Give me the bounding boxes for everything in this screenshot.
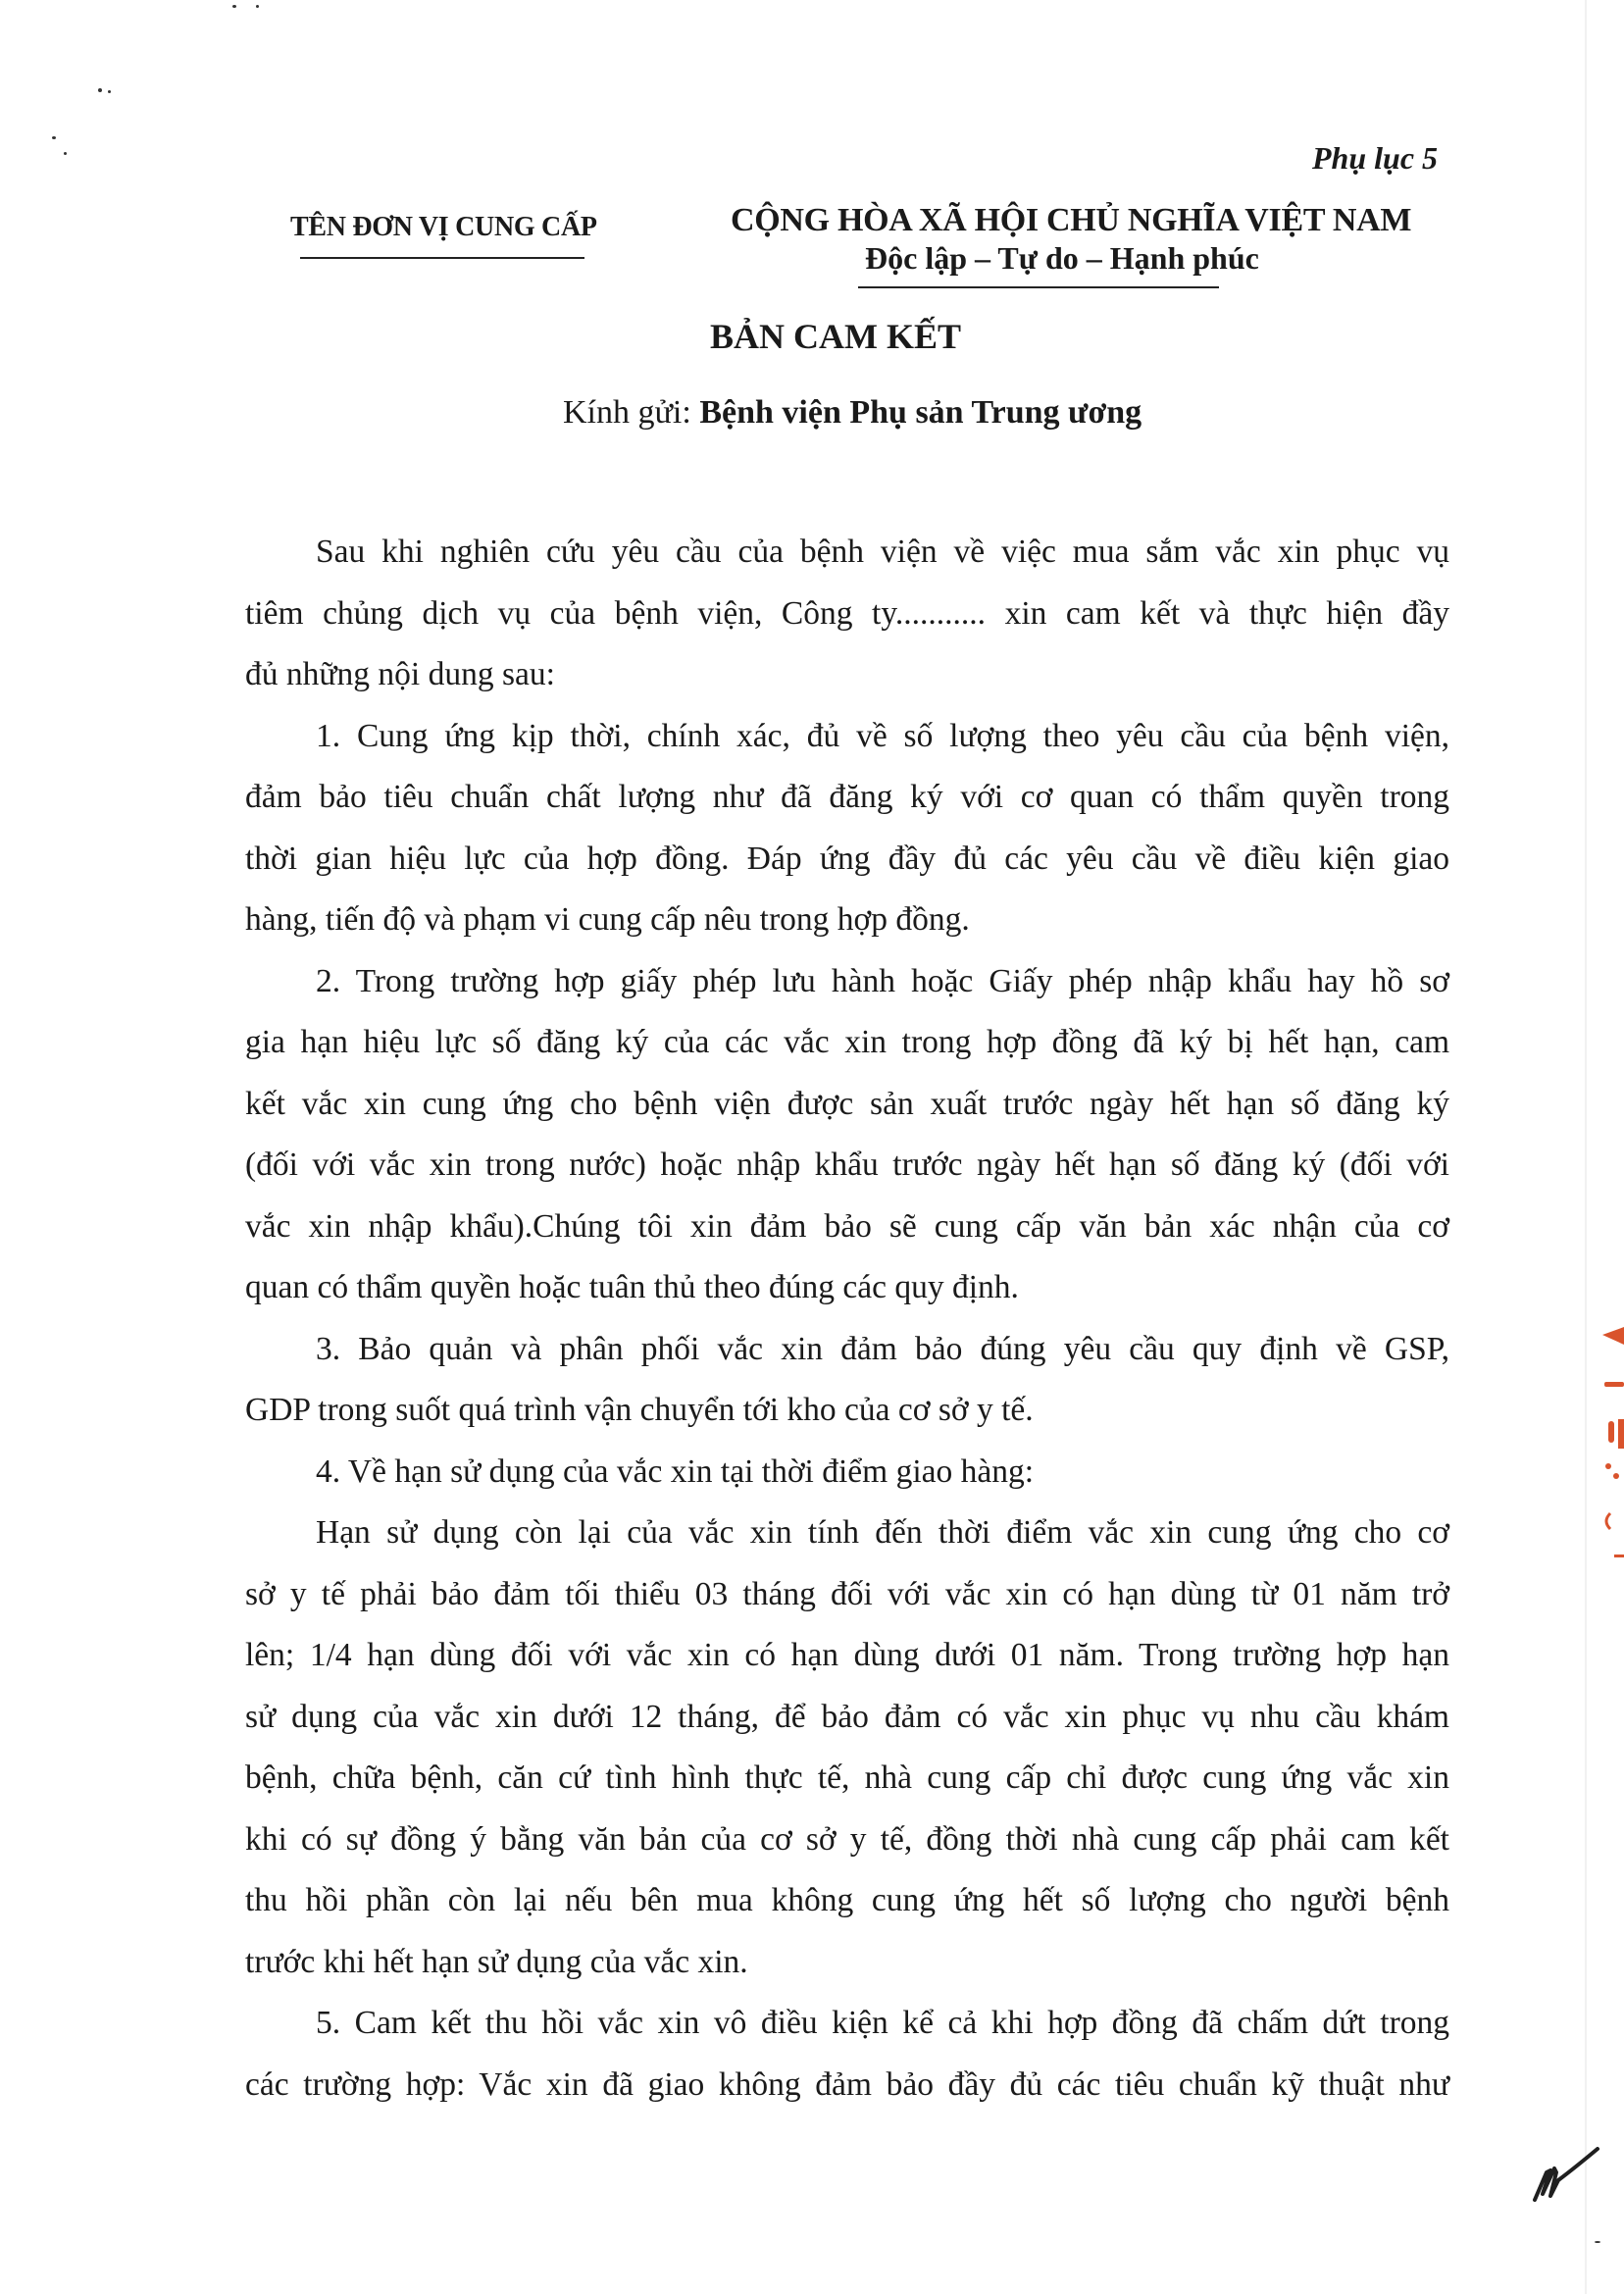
scan-speck [52,136,56,139]
body-line: bệnh, chữa bệnh, căn cứ tình hình thực t… [245,1748,1449,1810]
body-line: thu hồi phần còn lại nếu bên mua không c… [245,1870,1449,1932]
scan-speck [256,5,259,8]
body-line: trước khi hết hạn sử dụng của vắc xin. [245,1932,1449,1994]
body-line: lên; 1/4 hạn dùng đối với vắc xin có hạn… [245,1625,1449,1687]
body-line: các trường hợp: Vắc xin đã giao không đả… [245,2055,1449,2116]
unit-underline [300,257,584,259]
body-line: hàng, tiến độ và phạm vi cung cấp nêu tr… [245,890,1449,951]
body-line: tiêm chủng dịch vụ của bệnh viện, Công t… [245,584,1449,645]
body-line: Sau khi nghiên cứu yêu cầu của bệnh viện… [245,522,1449,584]
body-line: 3. Bảo quản và phân phối vắc xin đảm bảo… [245,1319,1449,1381]
body-line: gia hạn hiệu lực số đăng ký của các vắc … [245,1012,1449,1074]
body-line: sở y tế phải bảo đảm tối thiểu 03 tháng … [245,1564,1449,1626]
commitment-body: Sau khi nghiên cứu yêu cầu của bệnh viện… [245,522,1449,2116]
signature-icon [1525,2133,1603,2212]
scan-speck [232,5,236,8]
body-line: GDP trong suốt quá trình vận chuyển tới … [245,1380,1449,1442]
body-line: đảm bảo tiêu chuẩn chất lượng như đã đăn… [245,767,1449,829]
body-line: vắc xin nhập khẩu).Chúng tôi xin đảm bảo… [245,1197,1449,1258]
recipient-name: Bệnh viện Phụ sản Trung ương [699,394,1142,431]
scan-speck [1595,2241,1600,2243]
appendix-label: Phụ lục 5 [1312,140,1438,177]
scan-edge-shadow [1585,0,1587,2294]
body-line: khi có sự đồng ý bằng văn bản của cơ sở … [245,1810,1449,1871]
body-line: sử dụng của vắc xin dưới 12 tháng, để bả… [245,1687,1449,1749]
scan-speck [108,90,111,93]
body-line: thời gian hiệu lực của hợp đồng. Đáp ứng… [245,829,1449,891]
supplier-unit-name: TÊN ĐƠN VỊ CUNG CẤP [290,212,597,243]
scan-speck [98,88,102,92]
body-line: đủ những nội dung sau: [245,644,1449,706]
body-line: kết vắc xin cung ứng cho bệnh viện được … [245,1074,1449,1136]
body-line: 2. Trong trường hợp giấy phép lưu hành h… [245,951,1449,1013]
body-line: (đối với vắc xin trong nước) hoặc nhập k… [245,1135,1449,1197]
body-line: Hạn sử dụng còn lại của vắc xin tính đến… [245,1503,1449,1564]
document-title: BẢN CAM KẾT [710,316,961,357]
nation-title: CỘNG HÒA XÃ HỘI CHỦ NGHĨA VIỆT NAM [731,202,1411,239]
body-line: 1. Cung ứng kịp thời, chính xác, đủ về s… [245,706,1449,768]
national-motto: Độc lập – Tự do – Hạnh phúc [865,240,1259,277]
motto-underline [858,286,1219,288]
scan-speck [64,152,67,155]
recipient-line: Kính gửi: Bệnh viện Phụ sản Trung ương [563,394,1142,432]
body-line: 5. Cam kết thu hồi vắc xin vô điều kiện … [245,1993,1449,2055]
stamp-edge-icon [1599,1319,1624,1564]
recipient-prefix: Kính gửi: [563,394,699,431]
body-line: quan có thẩm quyền hoặc tuân thủ theo đú… [245,1257,1449,1319]
body-line: 4. Về hạn sử dụng của vắc xin tại thời đ… [245,1442,1449,1504]
